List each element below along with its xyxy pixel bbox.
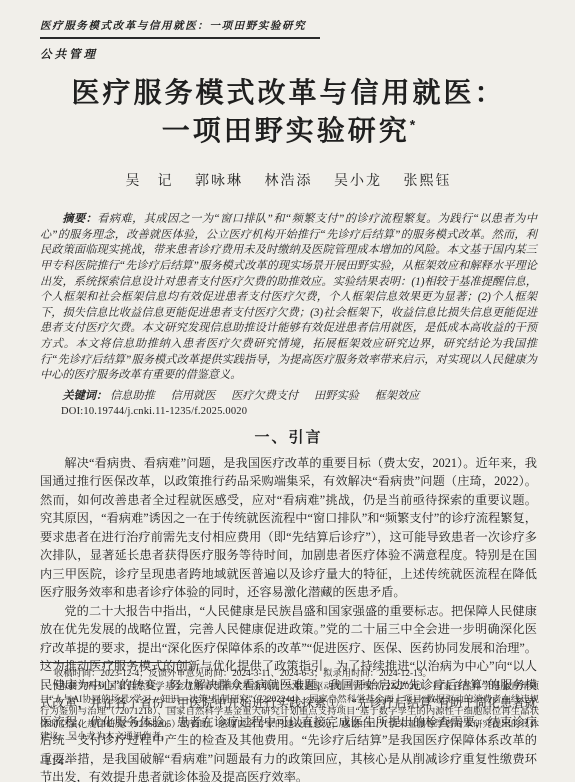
article-title-line2: 一项田野实验研究 xyxy=(162,115,410,146)
keyword: 信息助推 xyxy=(110,390,155,402)
footnote-funding: *本研究得到国家自然科学基金优秀青年科学基金项目“大数据驱动用户管理”（7232… xyxy=(40,681,539,744)
article-title: 医疗服务模式改革与信用就医： 一项田野实验研究* xyxy=(40,74,537,150)
keywords-label: 关键词： xyxy=(62,390,107,402)
author: 郭咏琳 xyxy=(195,174,243,189)
section-heading-introduction: 一、引言 xyxy=(40,426,537,447)
author: 张熙钰 xyxy=(404,174,452,189)
section-label: 公共管理 xyxy=(40,46,537,62)
keyword: 信用就医 xyxy=(171,390,216,402)
keyword: 田野实验 xyxy=(314,390,359,402)
page-number: -114- xyxy=(40,756,69,768)
abstract-block: 摘要：看病难，其成因之一为“窗口排队”和“频繁支付”的诊疗流程繁复。为践行“以患… xyxy=(40,212,537,384)
footnote-divider xyxy=(40,662,190,663)
paper-page: 医疗服务模式改革与信用就医：一项田野实验研究 公共管理 医疗服务模式改革与信用就… xyxy=(0,0,575,782)
author: 吴 记 xyxy=(126,174,174,189)
author: 吴小龙 xyxy=(334,174,382,189)
doi-line: DOI:10.19744/j.cnki.11-1235/f.2025.0020 xyxy=(40,406,537,417)
keywords-line: 关键词： 信息助推 信用就医 医疗欠费支付 田野实验 框架效应 xyxy=(40,387,537,403)
footnote-block: 收稿时间：2023-12-4；反馈外审意见时间：2024-3-11、2024-6… xyxy=(40,662,539,744)
author-list: 吴 记 郭咏琳 林浩添 吴小龙 张熙钰 xyxy=(40,170,537,190)
keyword: 框架效应 xyxy=(375,390,420,402)
abstract-label: 摘要： xyxy=(62,213,97,225)
page-header: 医疗服务模式改革与信用就医：一项田野实验研究 公共管理 xyxy=(40,16,537,62)
abstract-paragraph: 摘要：看病难，其成因之一为“窗口排队”和“频繁支付”的诊疗流程繁复。为践行“以患… xyxy=(40,212,537,384)
title-footnote-marker: * xyxy=(410,117,415,133)
abstract-text: 看病难，其成因之一为“窗口排队”和“频繁支付”的诊疗流程繁复。为践行“以患者为中… xyxy=(40,213,537,381)
running-title: 医疗服务模式改革与信用就医：一项田野实验研究 xyxy=(40,18,320,39)
footnote-dates: 收稿时间：2023-12-4；反馈外审意见时间：2024-3-11、2024-6… xyxy=(40,668,539,681)
body-paragraph-1: 解决“看病贵、看病难”问题，是我国医疗改革的重要目标（费太安，2021）。近年来… xyxy=(40,454,537,602)
author: 林浩添 xyxy=(265,174,313,189)
keyword: 医疗欠费支付 xyxy=(231,390,298,402)
article-title-line1: 医疗服务模式改革与信用就医： xyxy=(71,77,505,108)
